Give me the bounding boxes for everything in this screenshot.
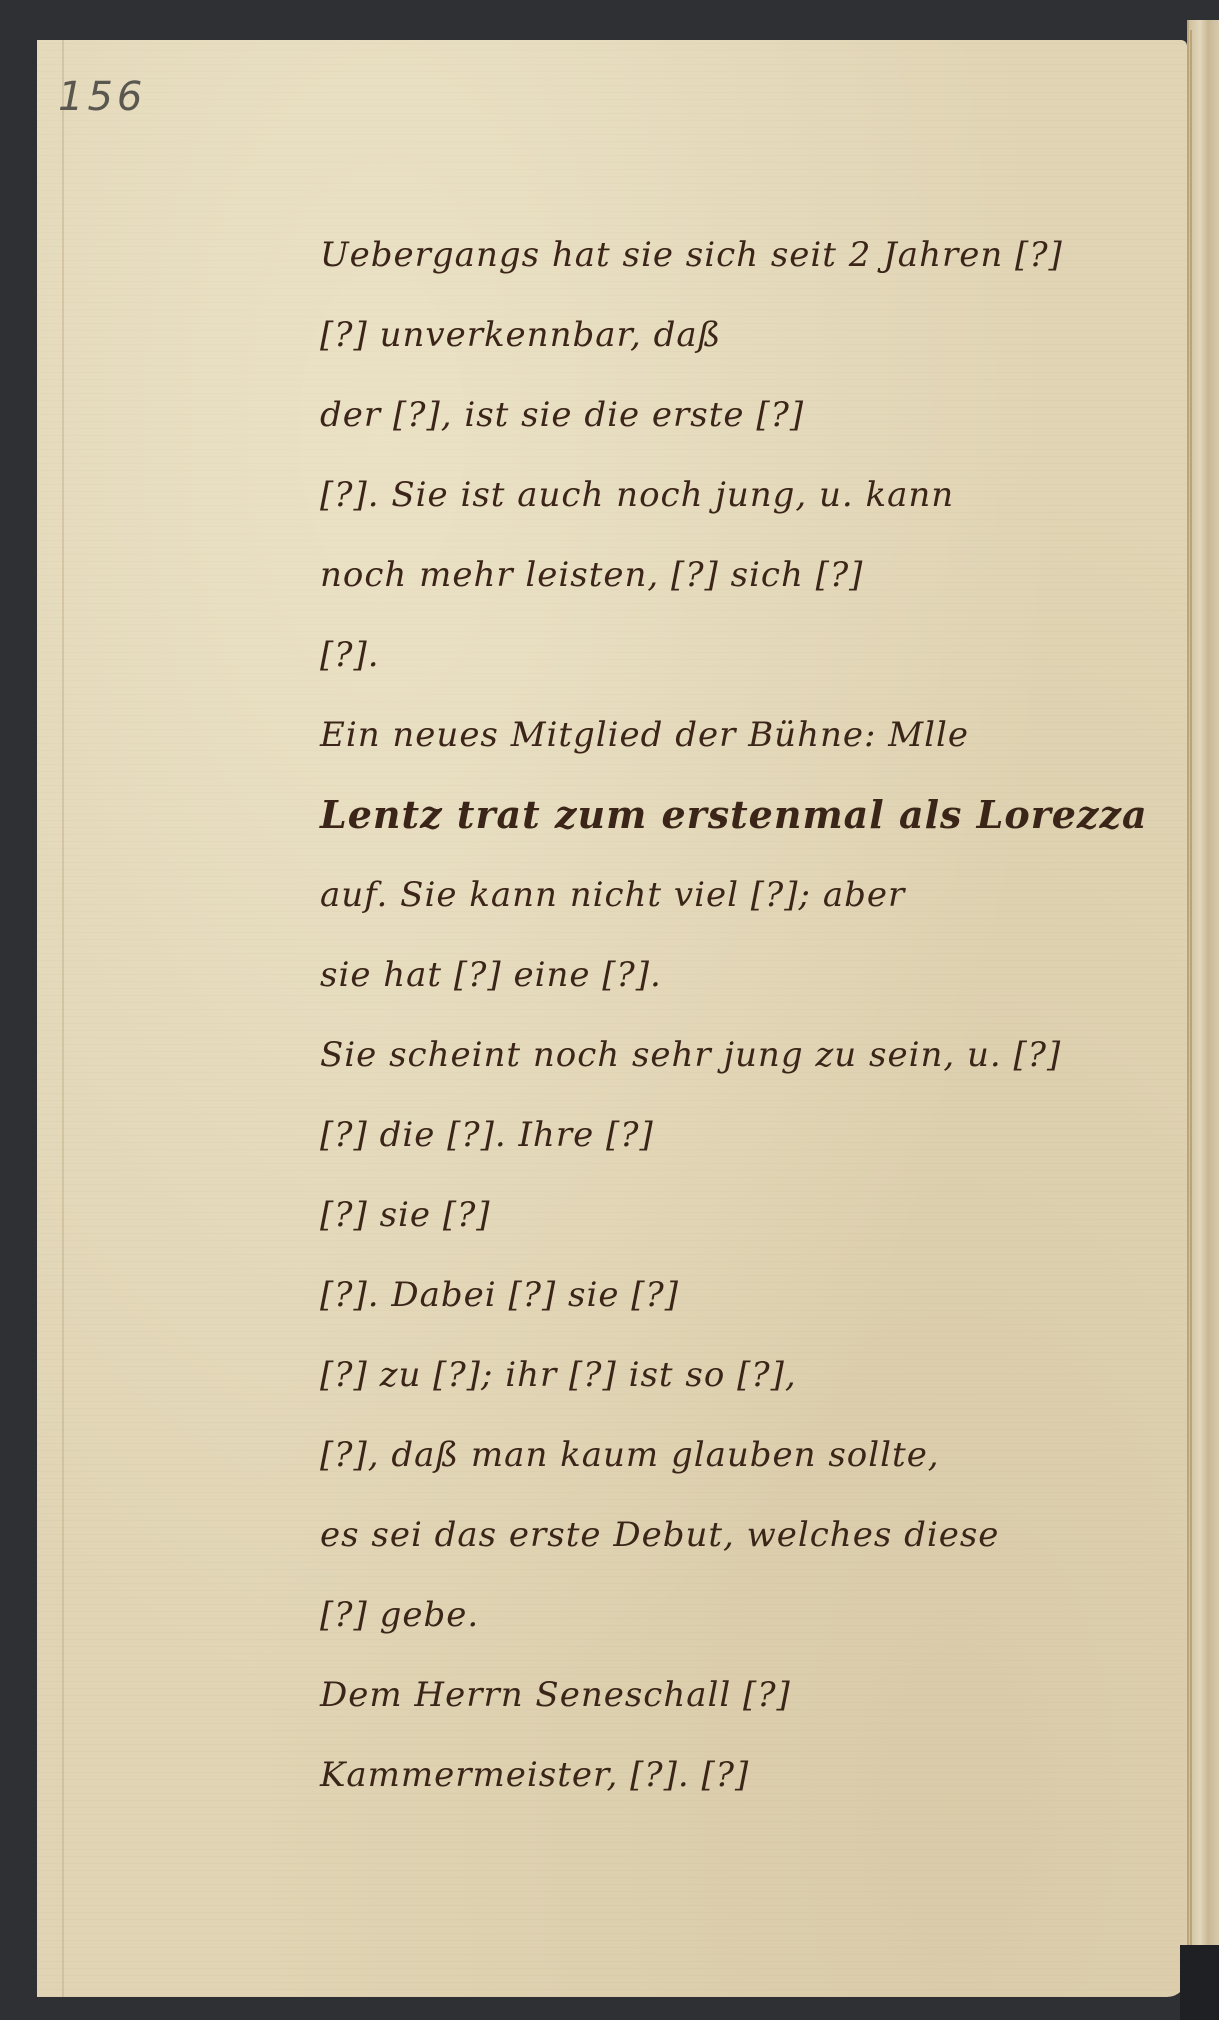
- page-fold-line: [62, 40, 64, 1997]
- text-line: Kammermeister, [?]. [?]: [320, 1735, 1120, 1815]
- binding-edge: [1190, 30, 1192, 1990]
- text-line: Ein neues Mitglied der Bühne: Mlle: [320, 695, 1120, 775]
- binding-shadow: [1180, 1945, 1219, 2020]
- text-line: [?] sie [?]: [320, 1175, 1120, 1255]
- text-line: Dem Herrn Seneschall [?]: [320, 1655, 1120, 1735]
- text-line: [?]. Sie ist auch noch jung, u. kann: [320, 455, 1120, 535]
- text-line: Sie scheint noch sehr jung zu sein, u. […: [320, 1015, 1120, 1095]
- text-line: [?] die [?]. Ihre [?]: [320, 1095, 1120, 1175]
- text-line: [?] zu [?]; ihr [?] ist so [?],: [320, 1335, 1120, 1415]
- text-line: Lentz trat zum erstenmal als Lorezza: [320, 775, 1120, 855]
- text-line: [?].: [320, 615, 1120, 695]
- folio-number: 156: [58, 74, 146, 120]
- text-line: [?]. Dabei [?] sie [?]: [320, 1255, 1120, 1335]
- text-line: der [?], ist sie die erste [?]: [320, 375, 1120, 455]
- text-line: [?] unverkennbar, daß: [320, 295, 1120, 375]
- text-line: [?], daß man kaum glauben sollte,: [320, 1415, 1120, 1495]
- text-line: [?] gebe.: [320, 1575, 1120, 1655]
- text-line: sie hat [?] eine [?].: [320, 935, 1120, 1015]
- text-line: noch mehr leisten, [?] sich [?]: [320, 535, 1120, 615]
- manuscript-text: Uebergangs hat sie sich seit 2 Jahren [?…: [320, 215, 1120, 1815]
- text-line: auf. Sie kann nicht viel [?]; aber: [320, 855, 1120, 935]
- text-line: Uebergangs hat sie sich seit 2 Jahren [?…: [320, 215, 1120, 295]
- text-line: es sei das erste Debut, welches diese: [320, 1495, 1120, 1575]
